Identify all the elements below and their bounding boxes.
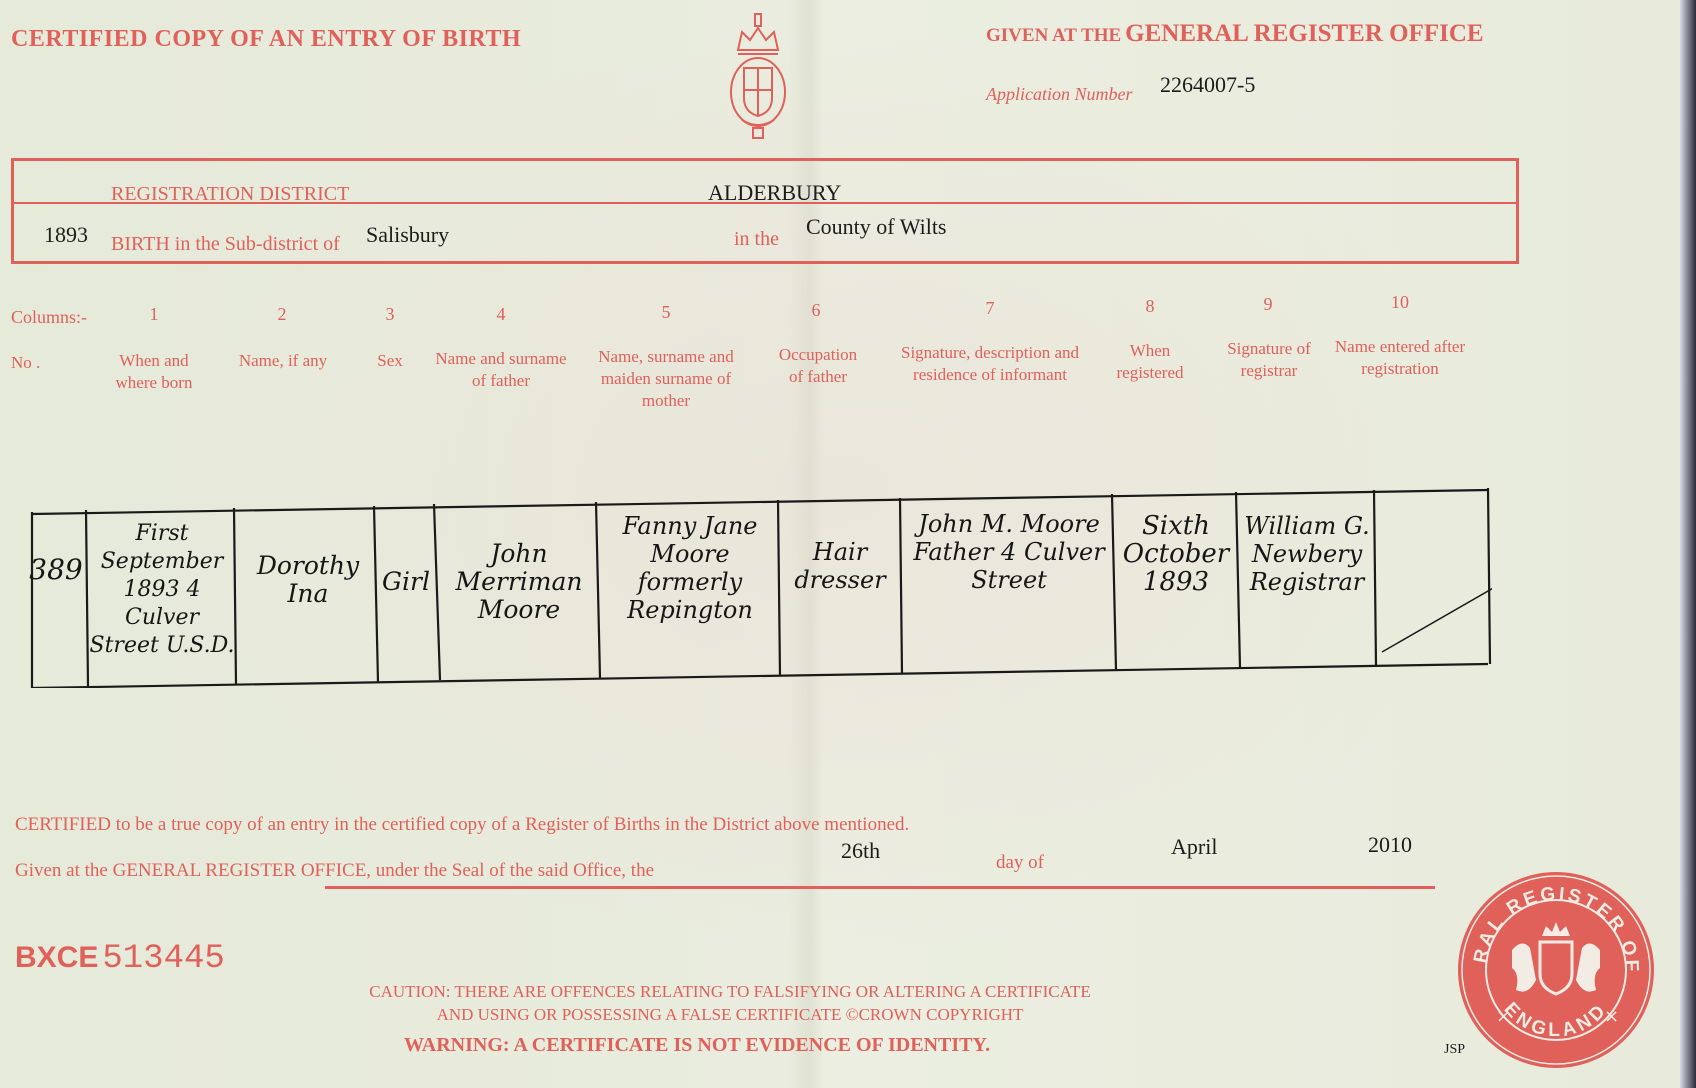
application-number-label: Application Number bbox=[986, 84, 1133, 105]
entry-number: 389 bbox=[24, 556, 88, 584]
caution-line-2: AND USING OR POSSESSING A FALSE CERTIFIC… bbox=[330, 1003, 1130, 1026]
column-number-1: 1 bbox=[134, 304, 174, 325]
column-head-8: When registered bbox=[1104, 340, 1196, 384]
column-head-6: Occupation of father bbox=[770, 344, 866, 388]
scanner-edge bbox=[1680, 0, 1696, 1088]
column-number-7: 7 bbox=[970, 298, 1010, 319]
entry-when-where-born: First September 1893 4 Culver Street U.S… bbox=[88, 520, 236, 660]
gro-seal-icon: GENERAL REGISTER OFFICE ENGLAND × × bbox=[1456, 870, 1656, 1070]
entry-occupation: Hair dresser bbox=[780, 538, 900, 594]
serial-number: BXCE 513445 bbox=[15, 940, 225, 978]
columns-label: Columns:- bbox=[11, 307, 87, 328]
application-number: 2264007-5 bbox=[1160, 72, 1255, 98]
entry-informant: John M. Moore Father 4 Culver Street bbox=[904, 510, 1114, 594]
entry-when-registered: Sixth October 1893 bbox=[1116, 512, 1236, 596]
registration-year: 1893 bbox=[44, 222, 88, 248]
registration-district-value: ALDERBURY bbox=[708, 180, 841, 206]
column-head-5: Name, surname and maiden surname of moth… bbox=[590, 346, 742, 412]
county-label: in the bbox=[734, 228, 779, 251]
svg-text:×: × bbox=[1496, 1006, 1511, 1027]
svg-text:×: × bbox=[1604, 1006, 1619, 1027]
column-number-9: 9 bbox=[1248, 294, 1288, 315]
certificate-title: CERTIFIED COPY OF AN ENTRY OF BIRTH bbox=[11, 26, 521, 53]
column-head-7: Signature, description and residence of … bbox=[890, 342, 1090, 386]
identity-warning: WARNING: A CERTIFICATE IS NOT EVIDENCE O… bbox=[404, 1034, 990, 1057]
caution-text: CAUTION: THERE ARE OFFENCES RELATING TO … bbox=[330, 980, 1130, 1026]
column-number-2: 2 bbox=[262, 304, 302, 325]
certification-day-of: day of bbox=[996, 852, 1044, 874]
given-at-office: GENERAL REGISTER OFFICE bbox=[1125, 20, 1483, 47]
column-number-3: 3 bbox=[370, 304, 410, 325]
royal-crest-icon bbox=[728, 12, 788, 142]
register-entry: 389 First September 1893 4 Culver Street… bbox=[30, 488, 1492, 688]
column-head-3: Sex bbox=[364, 350, 416, 372]
entry-registrar: William G. Newbery Registrar bbox=[1240, 512, 1374, 596]
serial-digits: 513445 bbox=[102, 940, 224, 978]
given-at-prefix: GIVEN AT THE bbox=[986, 25, 1121, 46]
caution-line-1: CAUTION: THERE ARE OFFENCES RELATING TO … bbox=[330, 980, 1130, 1003]
certification-day: 26th bbox=[841, 838, 880, 864]
entry-name: Dorothy Ina bbox=[242, 552, 374, 608]
given-at-heading: GIVEN AT THE GENERAL REGISTER OFFICE bbox=[986, 20, 1484, 48]
column-number-4: 4 bbox=[481, 304, 521, 325]
county-value: County of Wilts bbox=[806, 214, 947, 240]
column-head-9: Signature of registrar bbox=[1214, 338, 1324, 382]
column-number-6: 6 bbox=[796, 300, 836, 321]
column-head-2: Name, if any bbox=[228, 350, 338, 372]
certification-line-1: CERTIFIED to be a true copy of an entry … bbox=[15, 814, 909, 836]
subdistrict-value: Salisbury bbox=[366, 222, 449, 248]
column-head-4: Name and surname of father bbox=[428, 348, 574, 392]
subdistrict-label: BIRTH in the Sub-district of bbox=[111, 233, 340, 256]
column-number-5: 5 bbox=[646, 302, 686, 323]
serial-prefix: BXCE bbox=[15, 941, 98, 974]
entry-sex: Girl bbox=[376, 568, 436, 596]
column-head-10: Name entered after registration bbox=[1334, 336, 1466, 380]
column-number-10: 10 bbox=[1380, 292, 1420, 313]
column-number-8: 8 bbox=[1130, 296, 1170, 317]
certification-line-2: Given at the GENERAL REGISTER OFFICE, un… bbox=[15, 860, 654, 882]
entry-mother: Fanny Jane Moore formerly Repington bbox=[602, 512, 778, 624]
no-label: No . bbox=[11, 352, 40, 374]
certification-month: April bbox=[1171, 834, 1217, 860]
certification-year: 2010 bbox=[1368, 832, 1412, 858]
column-head-1: When and where born bbox=[104, 350, 204, 394]
registration-district-label: REGISTRATION DISTRICT bbox=[111, 183, 349, 206]
certification-rule bbox=[325, 886, 1435, 889]
entry-father: John Merriman Moore bbox=[440, 540, 598, 624]
